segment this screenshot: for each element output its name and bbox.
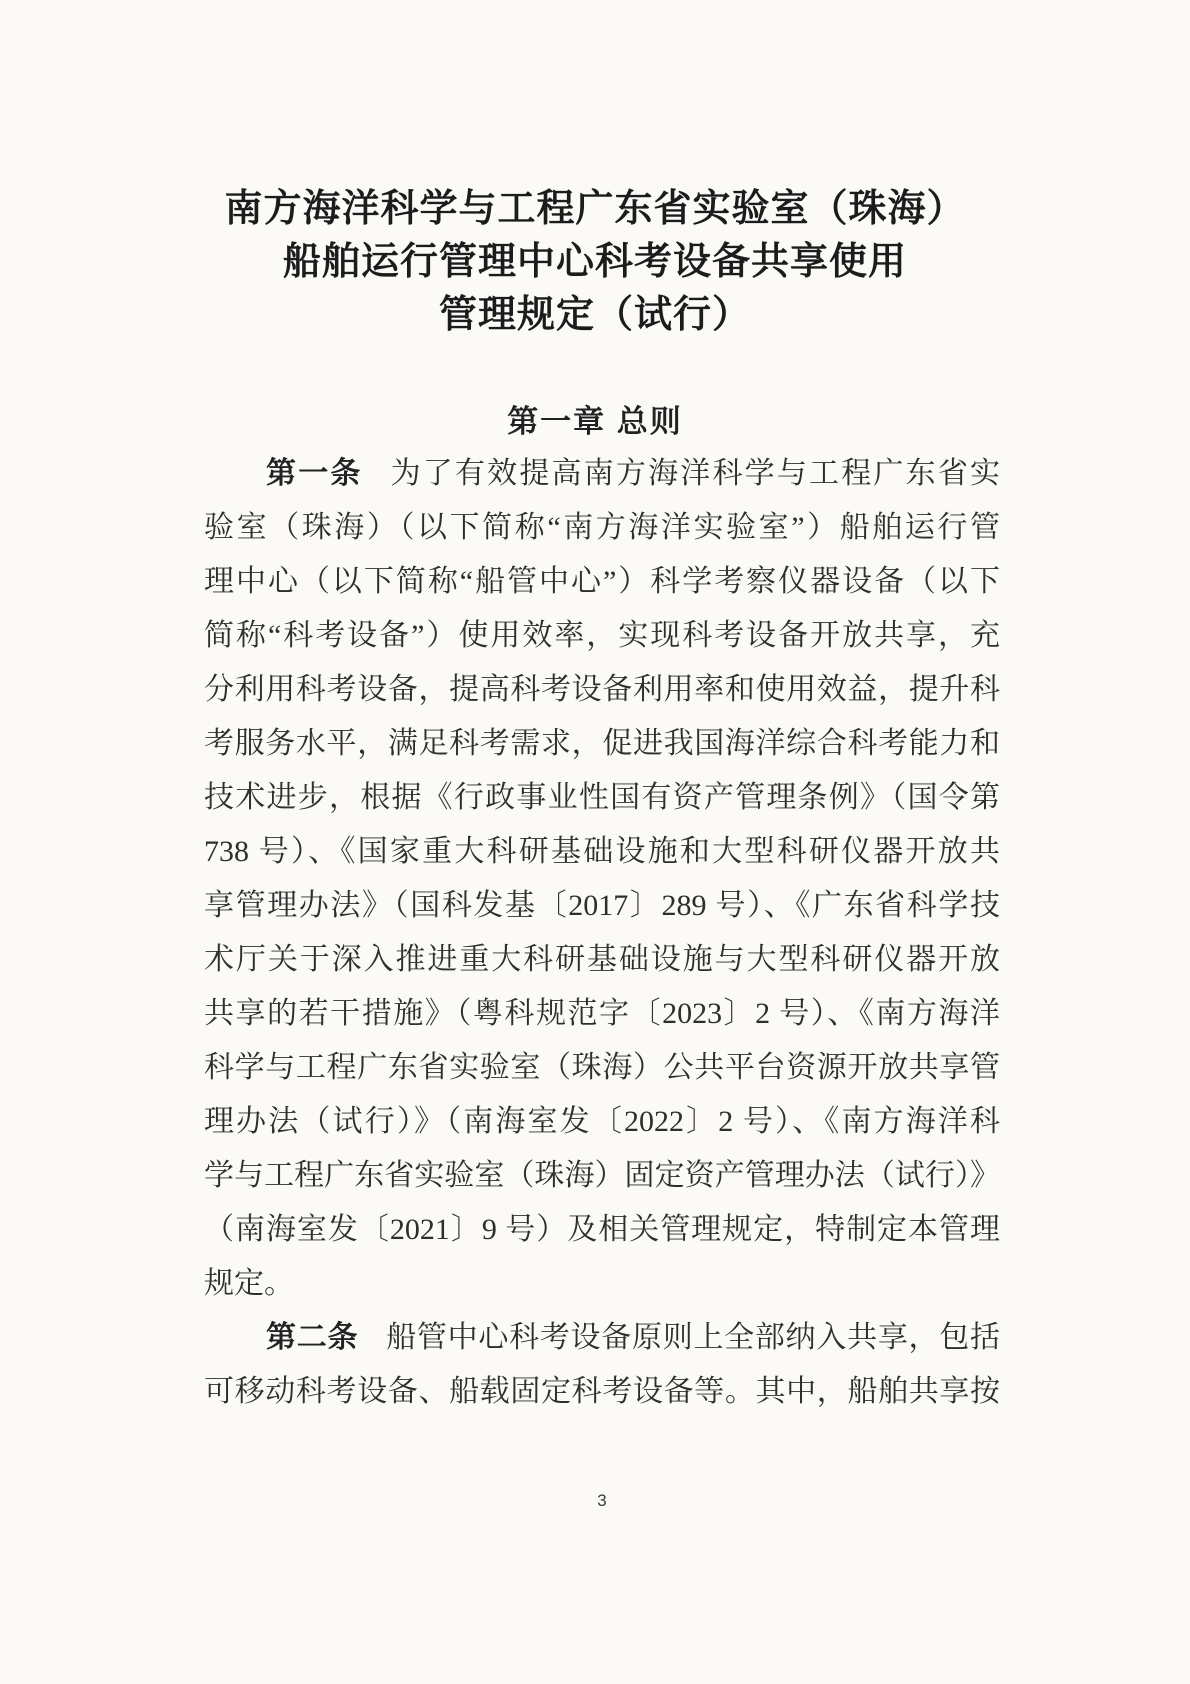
article-1-first-line: 第一条为了有效提高南方海洋科学与工程广东省实: [204, 447, 1000, 501]
article-1-first-line-text: 为了有效提高南方海洋科学与工程广东省实: [391, 457, 1000, 490]
chapter-heading: 第一章 总则: [0, 402, 1190, 442]
document-body: 第一条为了有效提高南方海洋科学与工程广东省实 验室（珠海）（以下简称“南方海洋实…: [204, 447, 1000, 1419]
article-1-line: 简称“科考设备”）使用效率，实现科考设备开放共享，充: [204, 609, 1000, 663]
title-line-2: 船舶运行管理中心科考设备共享使用: [0, 236, 1190, 289]
article-1-line: 738 号）、《国家重大科研基础设施和大型科研仪器开放共: [204, 825, 1000, 879]
article-1-line: 考服务水平，满足科考需求，促进我国海洋综合科考能力和: [204, 717, 1000, 771]
document-page: 南方海洋科学与工程广东省实验室（珠海） 船舶运行管理中心科考设备共享使用 管理规…: [0, 0, 1190, 1684]
page-number: 3: [204, 1491, 1000, 1511]
article-1-line: 理中心（以下简称“船管中心”）科学考察仪器设备（以下: [204, 555, 1000, 609]
article-1-line: 学与工程广东省实验室（珠海）固定资产管理办法（试行）》: [204, 1149, 1000, 1203]
article-1-line: 共享的若干措施》（粤科规范字〔2023〕2 号）、《南方海洋: [204, 987, 1000, 1041]
article-2-label: 第二条: [266, 1321, 358, 1354]
article-1-line: 分利用科考设备，提高科考设备利用率和使用效益，提升科: [204, 663, 1000, 717]
article-1-line: 术厅关于深入推进重大科研基础设施与大型科研仪器开放: [204, 933, 1000, 987]
article-1-line: 理办法（试行）》（南海室发〔2022〕2 号）、《南方海洋科: [204, 1095, 1000, 1149]
article-1-line: 享管理办法》（国科发基〔2017〕289 号）、《广东省科学技: [204, 879, 1000, 933]
article-1-last-line: 规定。: [204, 1257, 1000, 1311]
article-1-line: 验室（珠海）（以下简称“南方海洋实验室”）船舶运行管: [204, 501, 1000, 555]
article-2-first-line-text: 船管中心科考设备原则上全部纳入共享，包括: [386, 1321, 1000, 1354]
article-1-label: 第一条: [266, 457, 363, 490]
article-1-line: 技术进步，根据《行政事业性国有资产管理条例》（国令第: [204, 771, 1000, 825]
article-2-first-line: 第二条船管中心科考设备原则上全部纳入共享，包括: [204, 1311, 1000, 1365]
article-1-line: （南海室发〔2021〕9 号）及相关管理规定，特制定本管理: [204, 1203, 1000, 1257]
title-line-1: 南方海洋科学与工程广东省实验室（珠海）: [0, 183, 1190, 236]
article-2-line: 可移动科考设备、船载固定科考设备等。其中，船舶共享按: [204, 1365, 1000, 1419]
document-title: 南方海洋科学与工程广东省实验室（珠海） 船舶运行管理中心科考设备共享使用 管理规…: [0, 183, 1190, 342]
article-1-line: 科学与工程广东省实验室（珠海）公共平台资源开放共享管: [204, 1041, 1000, 1095]
title-line-3: 管理规定（试行）: [0, 289, 1190, 342]
